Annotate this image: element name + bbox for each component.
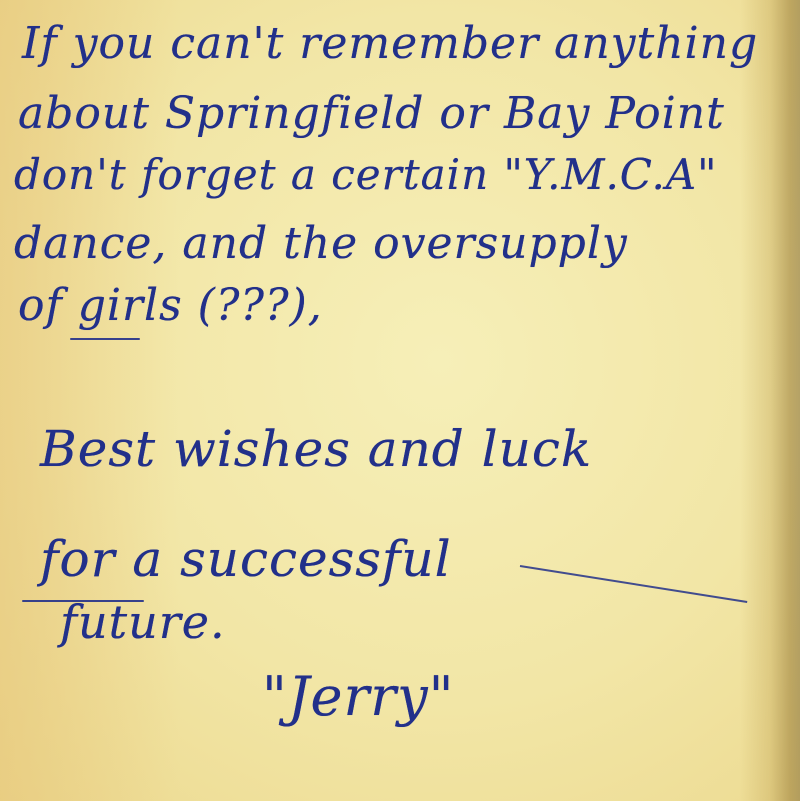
note-line-7: for a successful	[40, 530, 452, 588]
underline-girls	[70, 338, 140, 340]
note-line-8: future.	[60, 595, 226, 649]
handwritten-note-page: If you can't remember anything about Spr…	[0, 0, 800, 801]
note-line-2: about Springfield or Bay Point	[18, 88, 725, 139]
flourish-successful	[520, 565, 747, 603]
note-line-1: If you can't remember anything	[22, 18, 758, 69]
signature: "Jerry"	[262, 665, 454, 728]
note-line-4: dance, and the oversupply	[14, 218, 628, 269]
underline-future	[22, 600, 144, 602]
note-line-6: Best wishes and luck	[40, 420, 592, 478]
note-line-5: of girls (???),	[18, 280, 323, 331]
note-line-3: don't forget a certain "Y.M.C.A"	[14, 150, 717, 199]
